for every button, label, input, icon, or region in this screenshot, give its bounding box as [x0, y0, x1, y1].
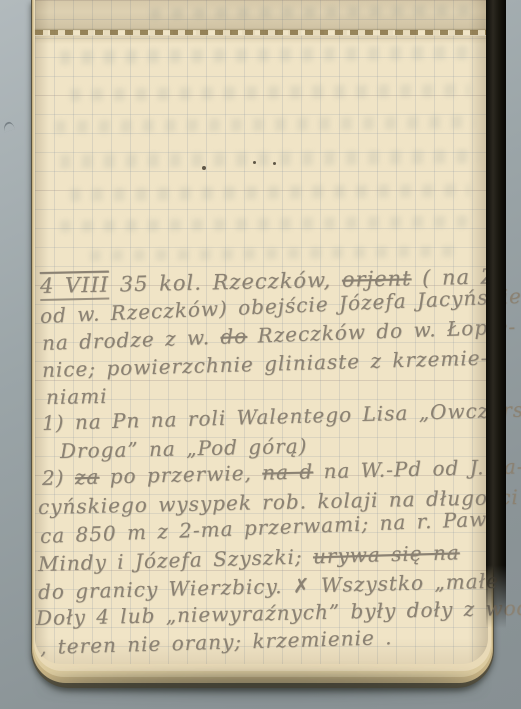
handwriting-segment: urywa się na — [313, 540, 460, 568]
handwriting-segment: 2) — [42, 465, 75, 490]
paper-speck — [202, 166, 206, 170]
notebook-photo: 4 VIII 35 kol. Rzeczków, orjent ( na Z. … — [0, 0, 521, 709]
backdrop-scratch — [2, 121, 15, 133]
handwriting-segment: do — [220, 324, 248, 349]
previous-page-stub — [35, 0, 488, 31]
handwriting-segment: po przerwie, — [99, 461, 262, 489]
handwriting-segment: 4 VIII — [40, 273, 110, 301]
paper-speck — [273, 162, 276, 165]
cast-shadow — [44, 676, 480, 692]
cover-edge — [486, 0, 506, 628]
paper-speck — [253, 161, 256, 164]
handwriting-segment: za — [75, 465, 100, 490]
handwriting-segment: niami — [46, 384, 108, 409]
handwriting-line-5: niami — [46, 384, 108, 409]
handwriting-segment: na d — [262, 459, 314, 484]
fold-shadow — [35, 35, 488, 44]
